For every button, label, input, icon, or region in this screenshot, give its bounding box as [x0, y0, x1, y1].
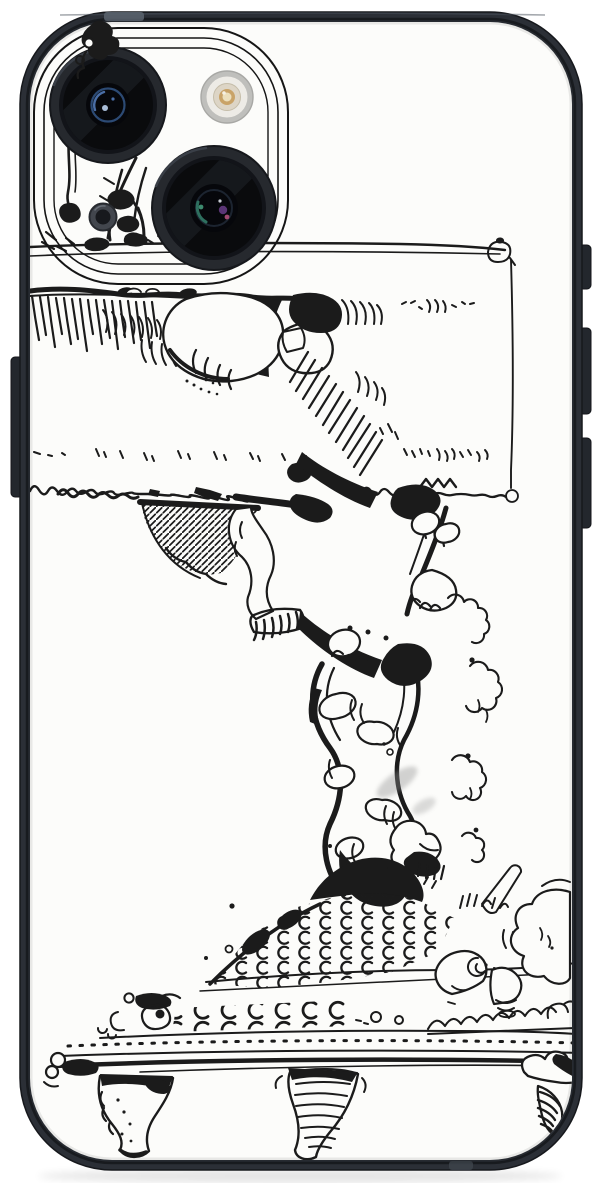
drop-shadow: [38, 1169, 562, 1183]
phone-skin-product-photo: iPhone rear with printed art skin: [0, 0, 600, 1183]
flash: [201, 71, 253, 123]
microphone-dot: [90, 204, 117, 231]
